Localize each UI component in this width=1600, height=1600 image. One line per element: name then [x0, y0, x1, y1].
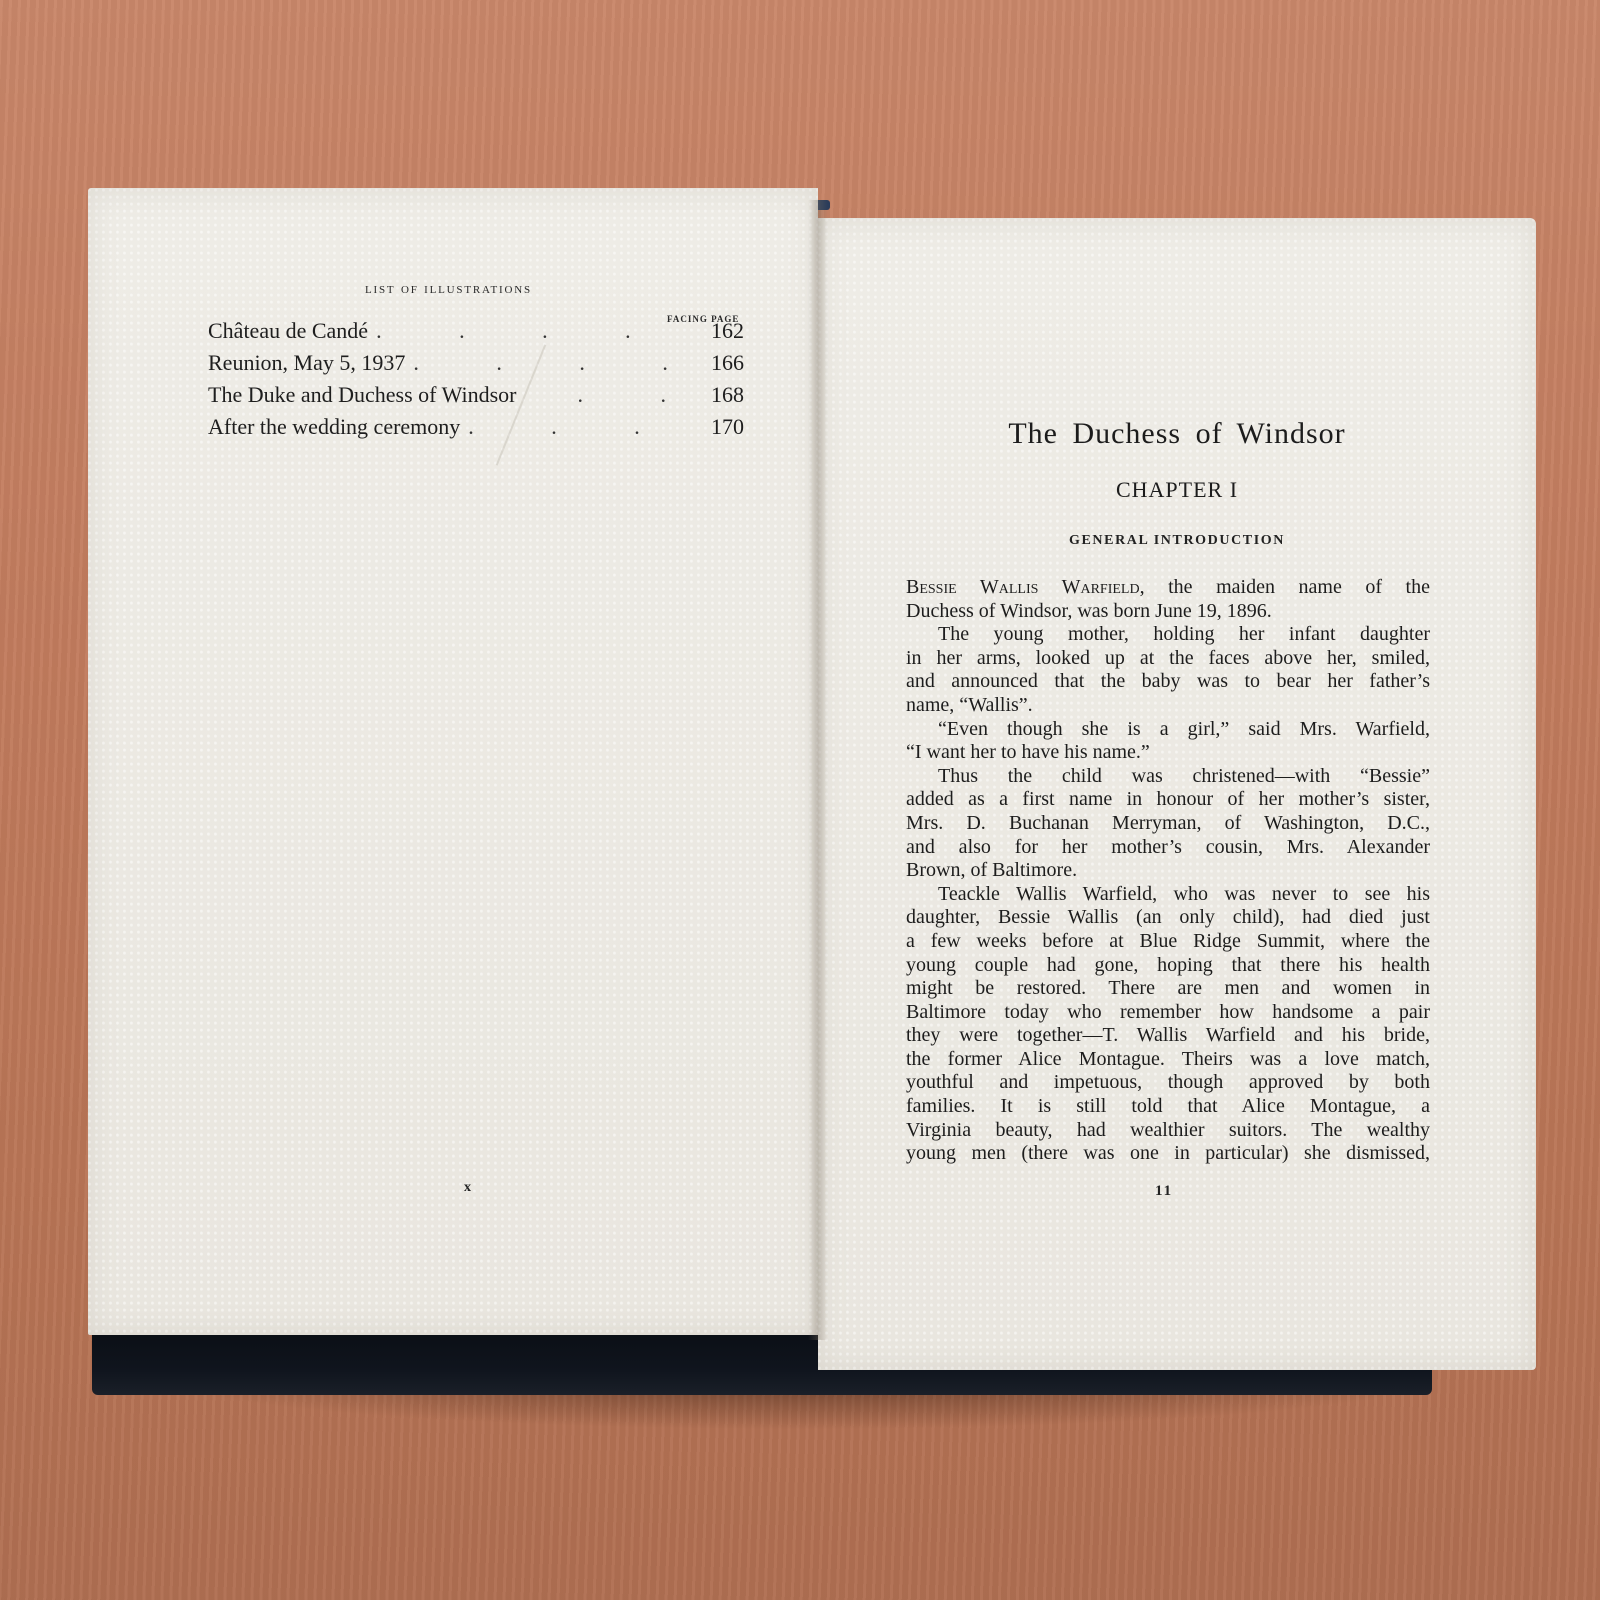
illustration-page-number: 166	[708, 350, 744, 376]
illustration-entry: Château de Candé . . . . . . 162	[208, 318, 744, 350]
text-line: “Even though she is a girl,” said Mrs. W…	[906, 718, 1430, 742]
illustration-entry: Reunion, May 5, 1937 . . . . . 166	[208, 350, 744, 382]
text-line: added as a first name in honour of her m…	[906, 788, 1430, 812]
text-line: they were together—T. Wallis Warfield an…	[906, 1024, 1430, 1048]
illustration-page-number: 168	[708, 382, 744, 408]
text-line: might be restored. There are men and wom…	[906, 977, 1430, 1001]
leader-dots: . . . . .	[405, 350, 702, 376]
chapter-heading: CHAPTER I	[818, 477, 1536, 503]
text-line: young men (there was one in particular) …	[906, 1142, 1430, 1166]
illustration-entry: After the wedding ceremony . . . . . 170	[208, 414, 744, 446]
leader-dots: . .	[516, 382, 702, 408]
text-line: The young mother, holding her infant dau…	[906, 623, 1430, 647]
leader-dots: . . . . .	[460, 414, 702, 440]
text-line: the former Alice Montague. Theirs was a …	[906, 1048, 1430, 1072]
text-line: Bessie Wallis Warfield, the maiden name …	[906, 576, 1430, 600]
chapter-body-text: Bessie Wallis Warfield, the maiden name …	[906, 576, 1430, 1166]
illustration-page-number: 170	[708, 414, 744, 440]
book-gutter	[808, 200, 828, 1340]
text-line: and announced that the baby was to bear …	[906, 670, 1430, 694]
book-title: The Duchess of Windsor	[818, 417, 1536, 451]
text-line: and also for her mother’s cousin, Mrs. A…	[906, 836, 1430, 860]
text-line: young couple had gone, hoping that there…	[906, 954, 1430, 978]
illustration-entry: The Duke and Duchess of Windsor . . 168	[208, 382, 744, 414]
text-line: Baltimore today who remember how handsom…	[906, 1001, 1430, 1025]
right-page-number: 11	[1155, 1183, 1173, 1200]
leader-dots: . . . . . .	[368, 318, 702, 344]
text-line: families. It is still told that Alice Mo…	[906, 1095, 1430, 1119]
text-line: Teackle Wallis Warfield, who was never t…	[906, 883, 1430, 907]
illustration-title: Château de Candé	[208, 318, 368, 344]
text-line: Thus the child was christened—with “Bess…	[906, 765, 1430, 789]
illustrations-list: Château de Candé . . . . . . 162 Reunion…	[208, 318, 744, 446]
illustration-title: After the wedding ceremony	[208, 414, 460, 440]
text-line: “I want her to have his name.”	[906, 741, 1430, 765]
illustration-title: The Duke and Duchess of Windsor	[208, 382, 516, 408]
text-line: a few weeks before at Blue Ridge Summit,…	[906, 930, 1430, 954]
text-line: daughter, Bessie Wallis (an only child),…	[906, 906, 1430, 930]
text-line: Mrs. D. Buchanan Merryman, of Washington…	[906, 812, 1430, 836]
opening-small-caps: Bessie Wallis Warfield	[906, 576, 1140, 598]
text-line: name, “Wallis”.	[906, 694, 1430, 718]
text-line: in her arms, looked up at the faces abov…	[906, 647, 1430, 671]
text-line: youthful and impetuous, though approved …	[906, 1071, 1430, 1095]
chapter-subtitle: GENERAL INTRODUCTION	[818, 533, 1536, 549]
list-of-illustrations-heading: LIST OF ILLUSTRATIONS	[365, 281, 532, 298]
left-page-number: x	[464, 1180, 471, 1196]
text-line: Virginia beauty, had wealthier suitors. …	[906, 1119, 1430, 1143]
text-line: Brown, of Baltimore.	[906, 859, 1430, 883]
illustration-page-number: 162	[708, 318, 744, 344]
text-line: Duchess of Windsor, was born June 19, 18…	[906, 600, 1430, 624]
illustration-title: Reunion, May 5, 1937	[208, 350, 405, 376]
